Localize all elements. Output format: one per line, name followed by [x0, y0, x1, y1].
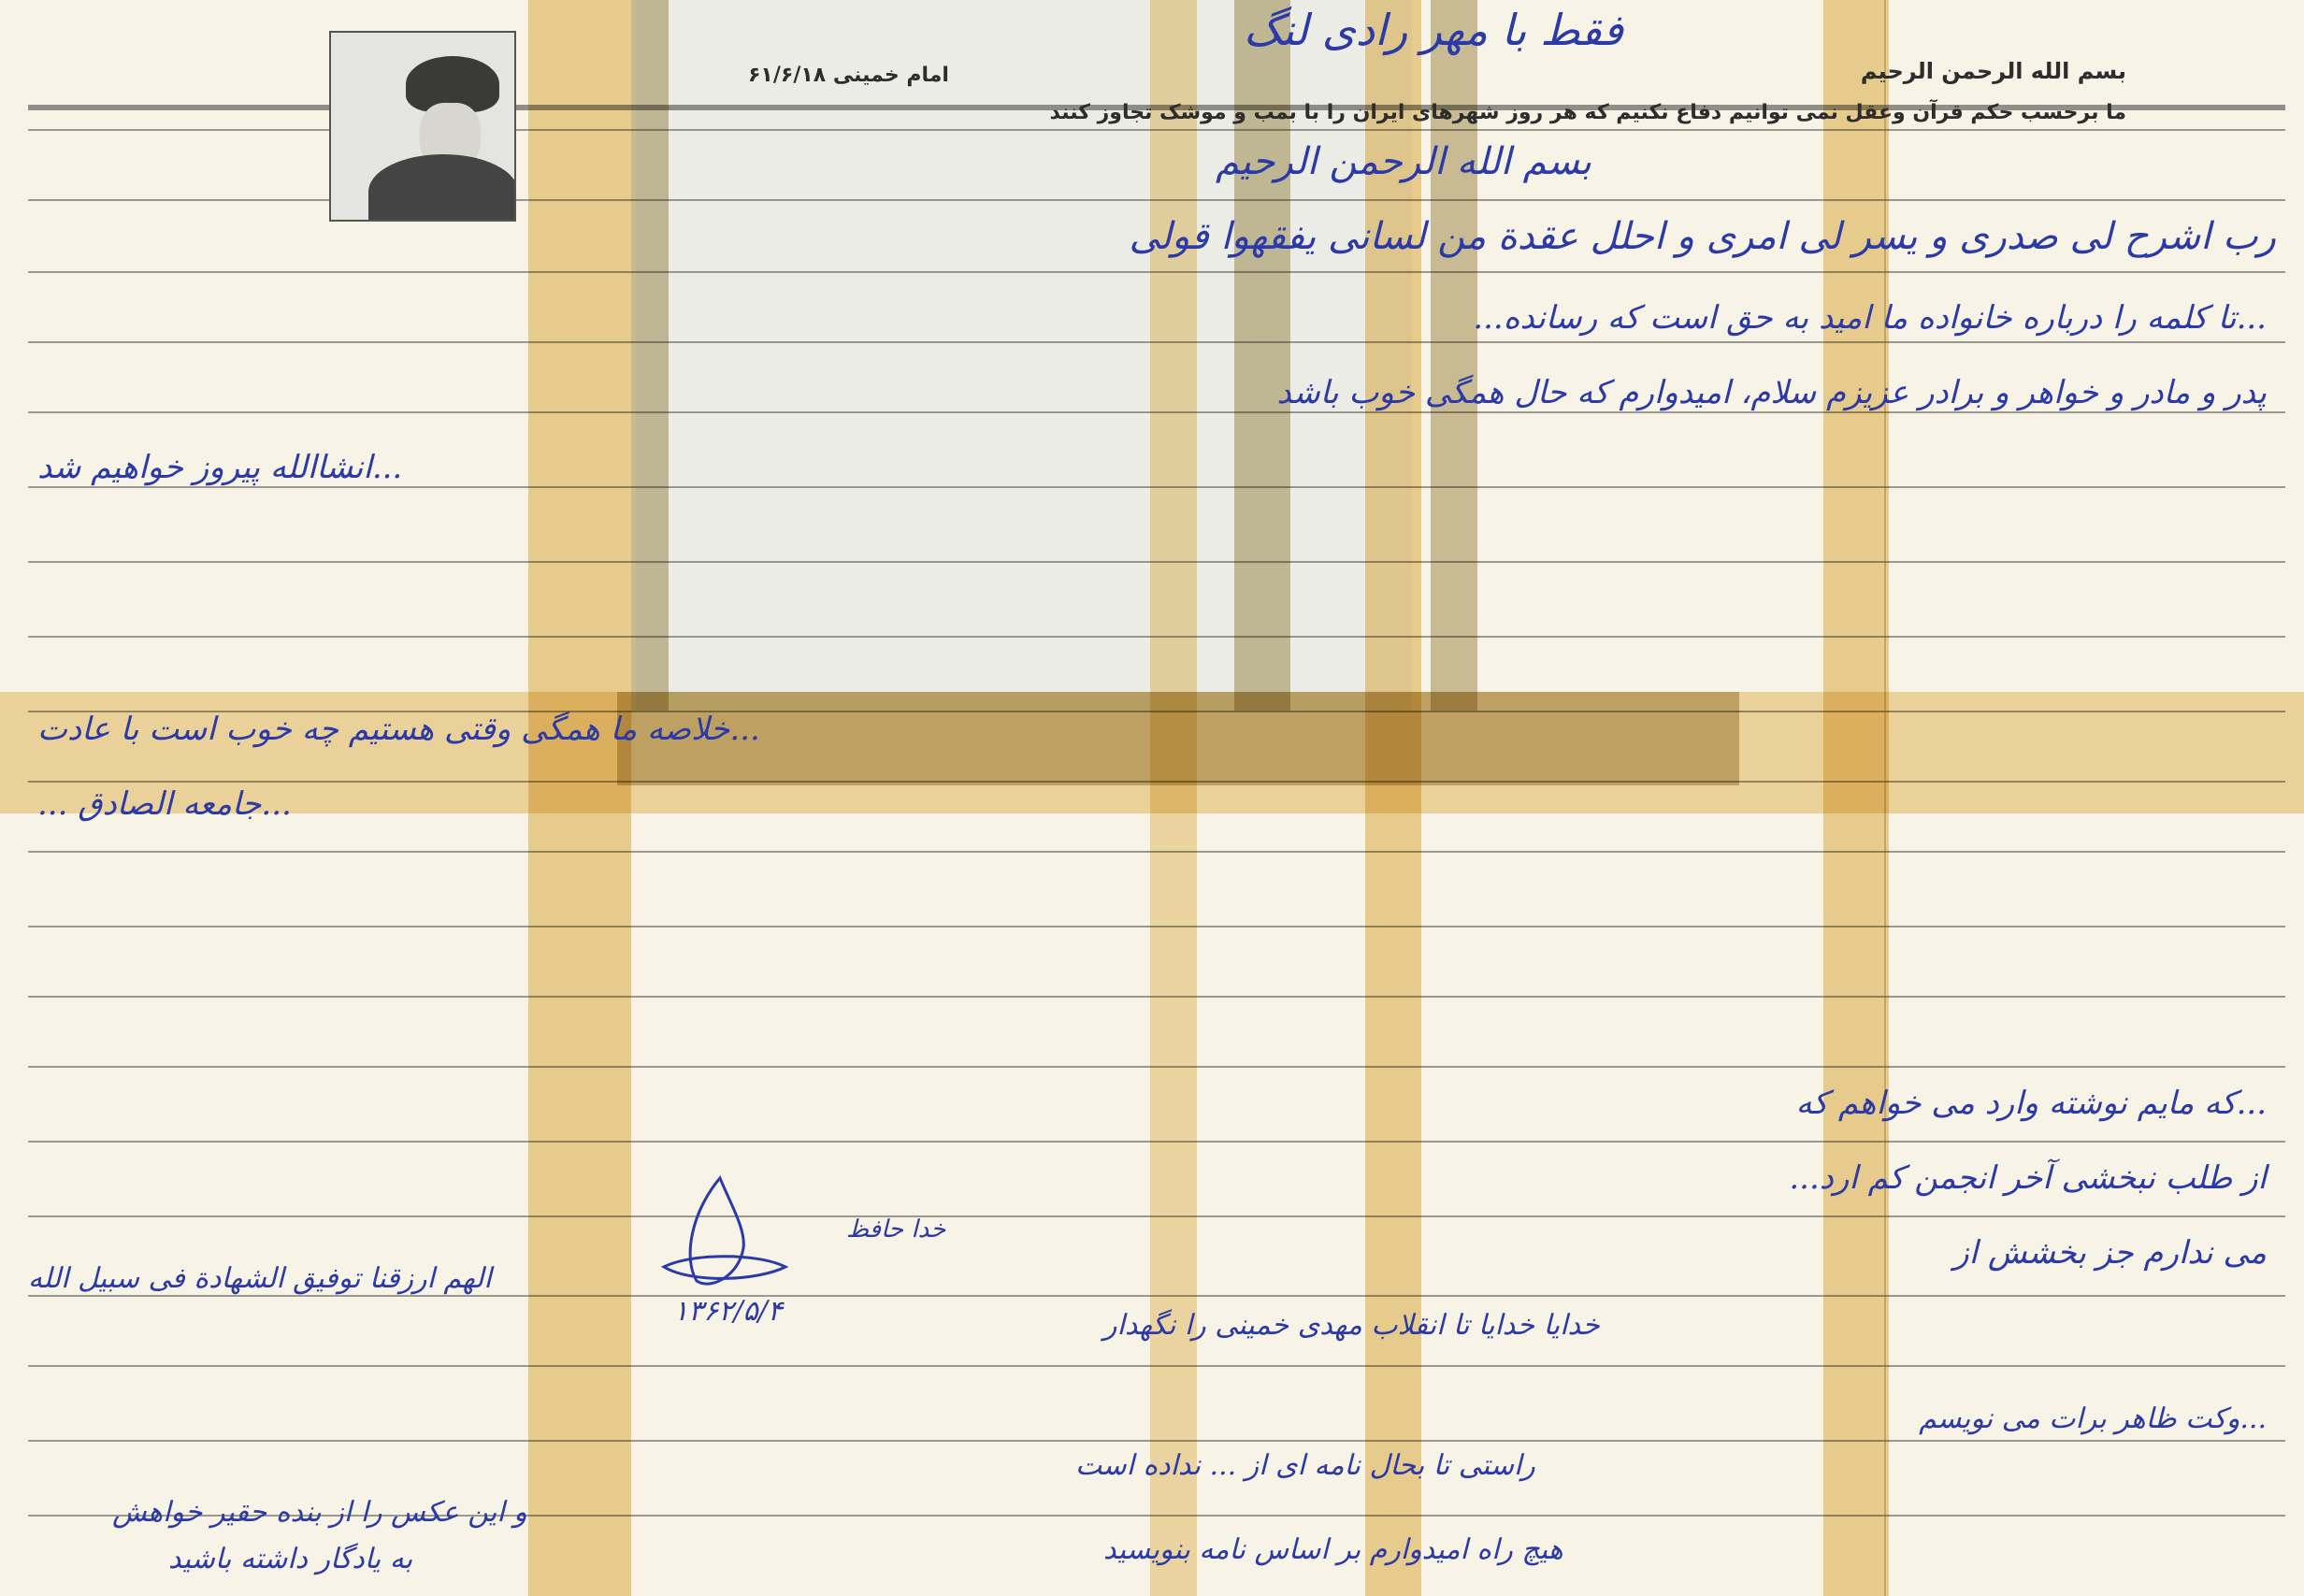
postscript-right: ...وکت ظاهر برات می نویسم: [1919, 1402, 2267, 1435]
body-line: ...خلاصه ما همگی وقتی هستیم چه خوب است ب…: [37, 711, 760, 748]
tape-strip-horizontal: [617, 692, 1739, 785]
letterhead-bismillah: بسم الله الرحمن الرحيم: [1861, 58, 2126, 84]
body-line: ...انشاالله پیروز خواهیم شد: [37, 449, 402, 486]
body-line: ...که مایم نوشته وارد می خواهم که: [1796, 1085, 2267, 1122]
body-line: پدر و مادر و خواهر و برادر عزیزم سلام، ا…: [1276, 374, 2267, 411]
tape-strip: [631, 0, 669, 711]
portrait-photo: [329, 31, 516, 222]
letter-opening: بسم الله الرحمن الرحیم: [1216, 140, 1591, 183]
body-line: ...جامعه الصادق ...: [37, 785, 292, 823]
postscript-left: و این عکس را از بنده حقیر خواهش: [112, 1496, 527, 1529]
postscript-center: هیچ راه امیدوارم بر اساس نامه بنویسید: [1103, 1533, 1563, 1566]
signature-date: ۱۳۶۲/۵/۴: [673, 1295, 783, 1328]
postscript-center: راستی تا بحال نامه ای از ... نداده است: [1075, 1449, 1535, 1482]
body-line: می ندارم جز بخشش از: [1953, 1234, 2267, 1272]
signature-mark: [655, 1173, 795, 1295]
letterhead-quote: ما برحسب حکم قرآن وعقل نمی توانیم دفاع ن…: [1050, 101, 2127, 124]
closing: خدا حافظ: [846, 1215, 945, 1244]
body-line: از طلب نبخشی آخر انجمن کم ارد...: [1789, 1159, 2267, 1197]
letterhead-attribution: امام خمینی ۶۱/۶/۱۸: [748, 64, 949, 87]
postscript-left: الهم ارزقنا توفیق الشهادة فی سبیل الله: [28, 1262, 492, 1295]
letter-verse: رب اشرح لی صدری و یسر لی امری و احلل عقد…: [1129, 215, 2276, 258]
top-note: فقط با مهر رادی لنگ: [1244, 5, 1623, 55]
postscript-center: خدایا خدایا تا انقلاب مهدی خمینی را نگهد…: [1103, 1309, 1600, 1342]
postscript-left: به یادگار داشته باشید: [168, 1543, 412, 1575]
body-line: ...تا کلمه را درباره خانواده ما امید به …: [1473, 299, 2267, 337]
